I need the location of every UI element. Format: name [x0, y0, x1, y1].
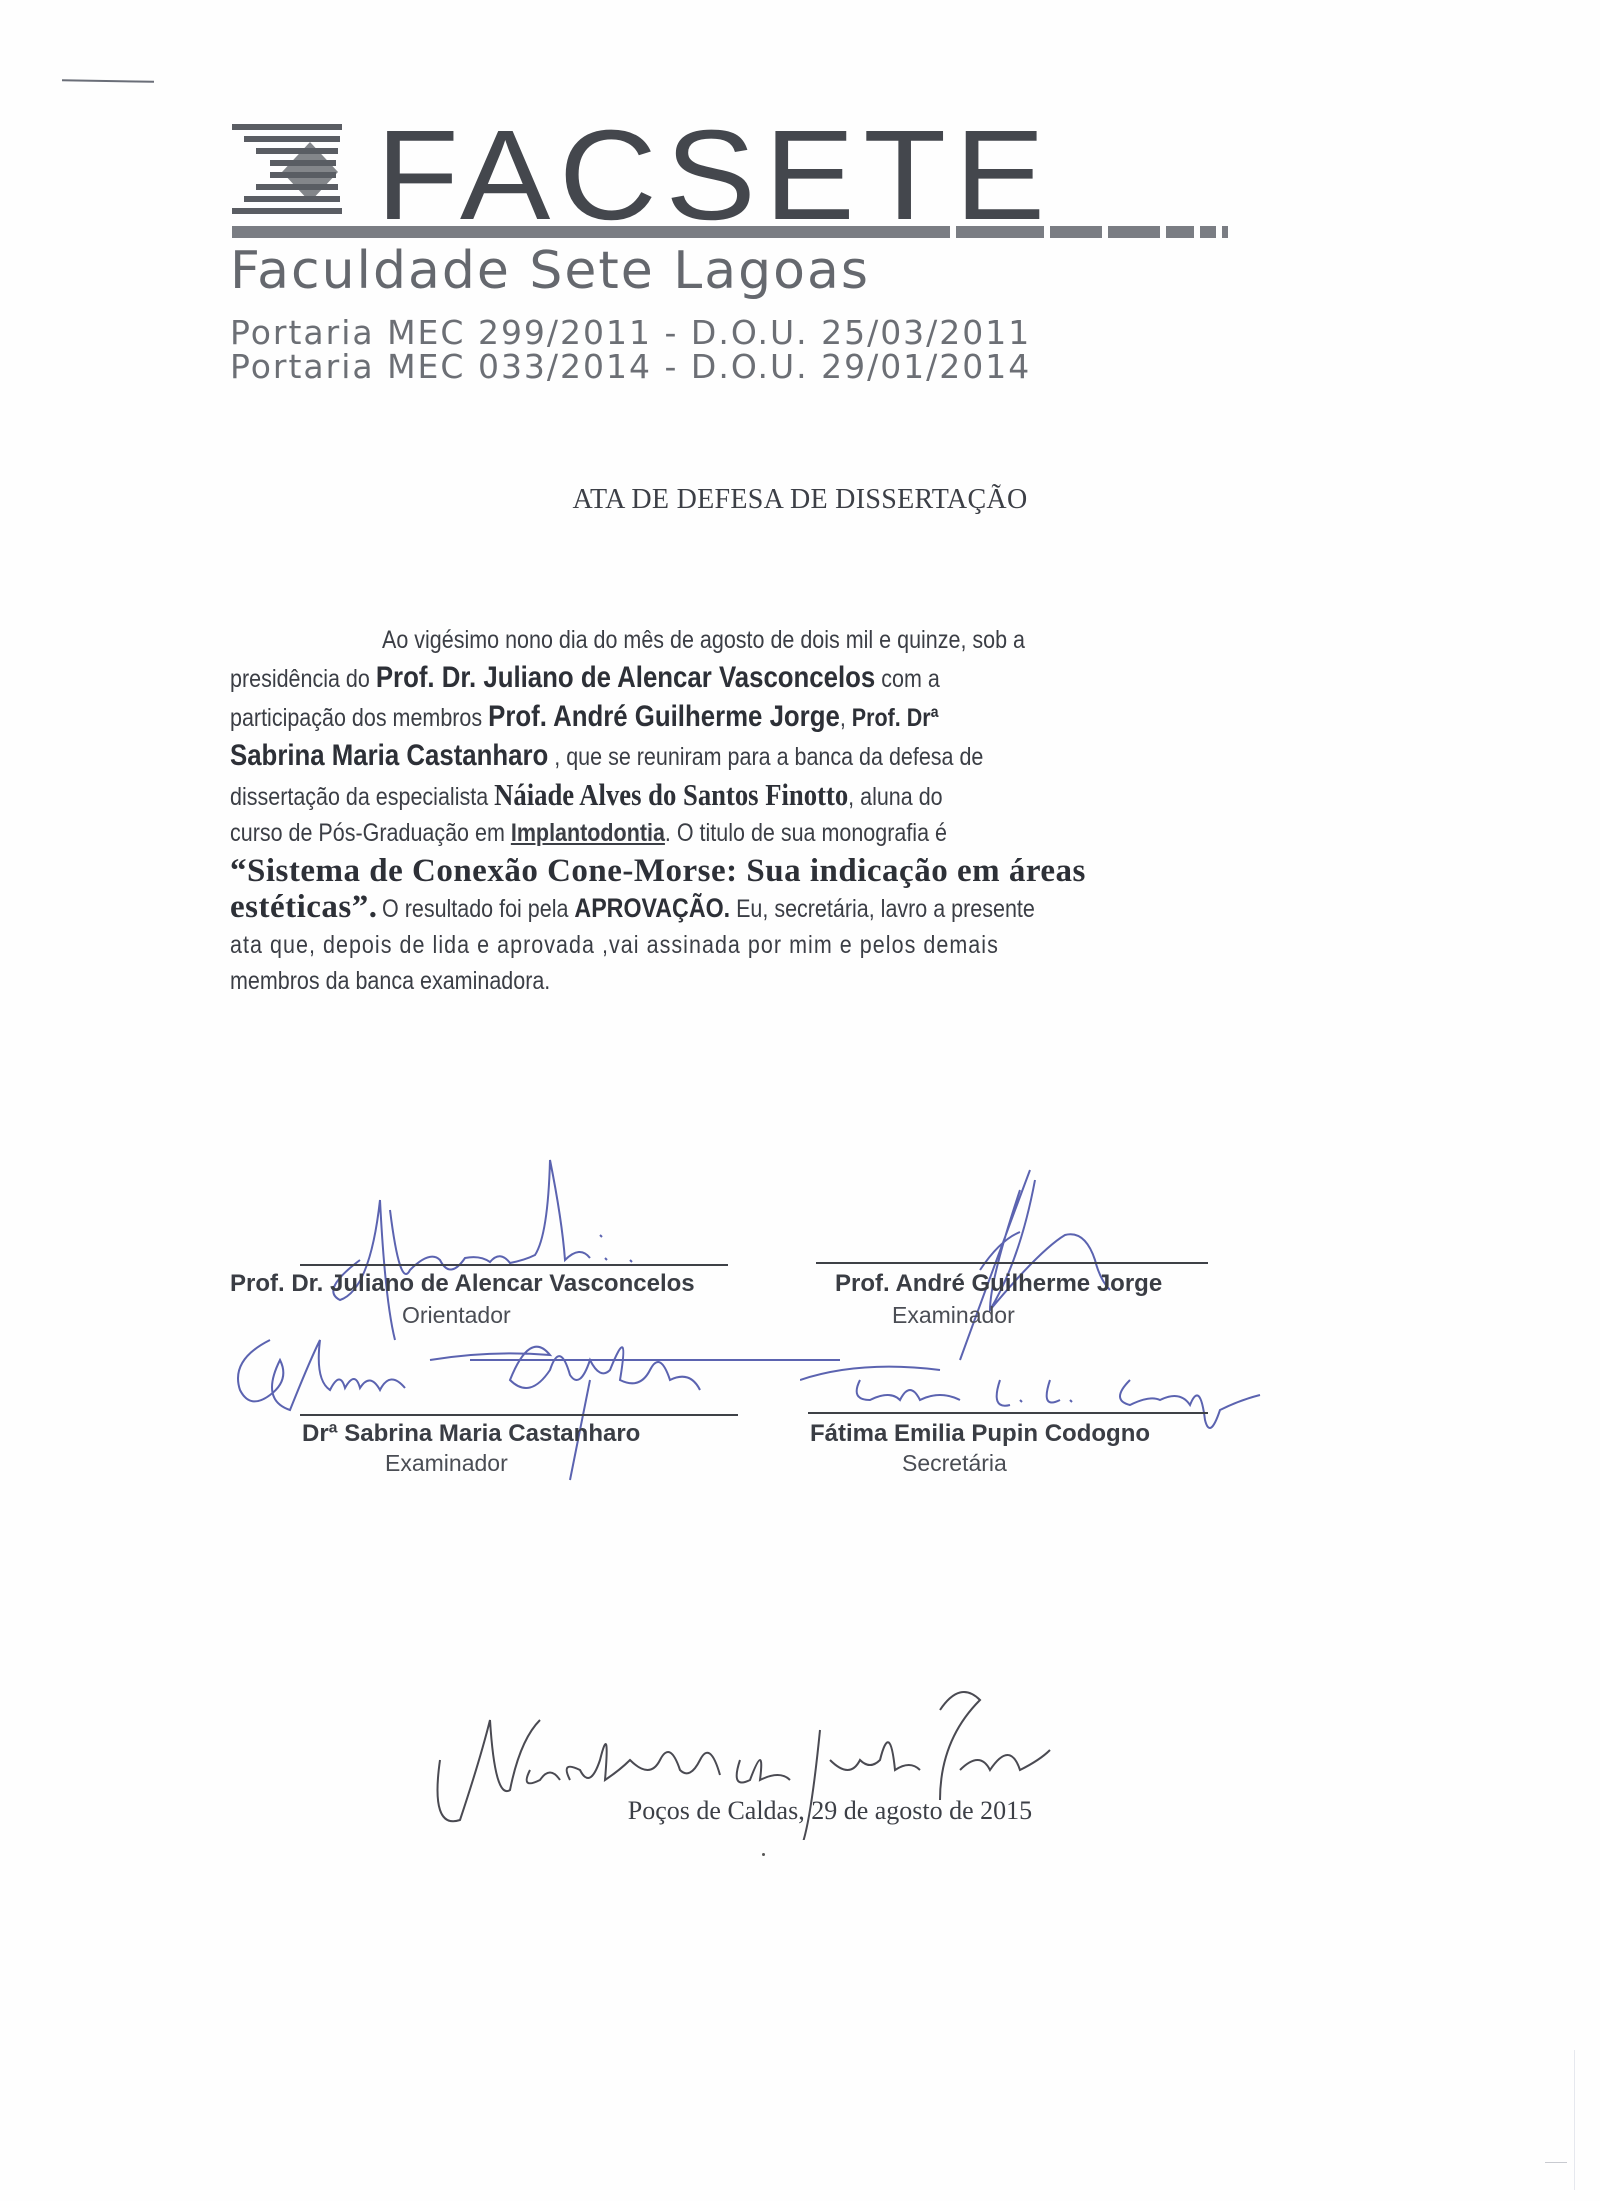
signature-line: [816, 1262, 1208, 1264]
result: APROVAÇÃO.: [574, 893, 730, 923]
institution-acronym: FACSETE: [376, 112, 1054, 240]
student-name: Náiade Alves do Santos Finotto: [494, 777, 848, 812]
president-name: Prof. Dr. Juliano de Alencar Vasconcelos: [376, 661, 875, 694]
body-line: participação dos membros Prof. André Gui…: [230, 699, 1278, 736]
body-line: membros da banca examinadora.: [230, 963, 1278, 999]
signer-name: Fátima Emilia Pupin Codogno: [810, 1420, 1150, 1448]
member-name: Sabrina Maria Castanharo: [230, 739, 548, 772]
scan-mark: [1545, 2162, 1567, 2163]
scan-edge: [1574, 2050, 1575, 2190]
signer-role: Secretária: [902, 1450, 1007, 1477]
portaria-line: Portaria MEC 033/2014 - D.O.U. 29/01/201…: [230, 350, 1031, 383]
signature-sabrina: [230, 1300, 850, 1490]
place-date: Poços de Caldas, 29 de agosto de 2015: [0, 1796, 1600, 1826]
body-line: presidência do Prof. Dr. Juliano de Alen…: [230, 660, 1278, 697]
scan-mark: [62, 79, 154, 83]
body-line: Sabrina Maria Castanharo , que se reunir…: [230, 738, 1278, 775]
body-line: curso de Pós-Graduação em Implantodontia…: [230, 815, 1278, 851]
scan-dot: [762, 1853, 765, 1856]
body-line: ata que, depois de lida e aprovada ,vai …: [230, 927, 1278, 963]
signature-line: [808, 1412, 1208, 1414]
body-line: “Sistema de Conexão Cone-Morse: Sua indi…: [230, 853, 1278, 891]
body-line: dissertação da especialista Náiade Alves…: [230, 777, 1278, 815]
signature-line: [300, 1414, 738, 1416]
thesis-title: “Sistema de Conexão Cone-Morse: Sua indi…: [230, 853, 1086, 889]
signer-role: Examinador: [892, 1302, 1015, 1329]
facsete-emblem-icon: [232, 124, 342, 214]
institution-name: Faculdade Sete Lagoas: [230, 243, 870, 300]
thesis-title-end: estéticas”.: [230, 889, 378, 925]
signature-line: [300, 1264, 728, 1266]
signer-role: Examinador: [385, 1450, 508, 1477]
body-line: estéticas”. O resultado foi pela APROVAÇ…: [230, 889, 1278, 927]
signature-fatima: [800, 1350, 1280, 1430]
member-name: Prof. André Guilherme Jorge: [488, 700, 840, 733]
body-line: Ao vigésimo nono dia do mês de agosto de…: [230, 622, 1278, 658]
logo-divider: [232, 226, 1228, 238]
signer-name: Prof. Dr. Juliano de Alencar Vasconcelos: [230, 1270, 695, 1298]
course-name: Implantodontia: [511, 819, 665, 847]
portaria-line: Portaria MEC 299/2011 - D.O.U. 25/03/201…: [230, 316, 1031, 349]
signer-name: Drª Sabrina Maria Castanharo: [302, 1420, 640, 1448]
document-title: ATA DE DEFESA DE DISSERTAÇÃO: [0, 484, 1600, 516]
document-body: Ao vigésimo nono dia do mês de agosto de…: [230, 622, 1278, 999]
signer-name: Prof. André Guilherme Jorge: [835, 1270, 1162, 1298]
